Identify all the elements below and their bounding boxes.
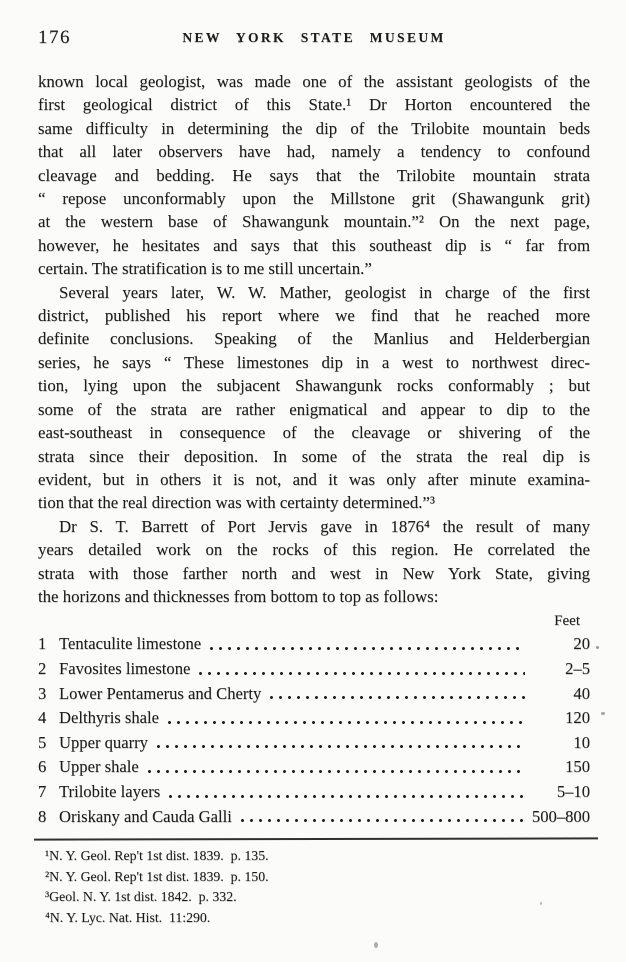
text-line: strata with those farther north and west… [38, 562, 590, 585]
dot-leader [169, 780, 525, 805]
table-row: 5Upper quarry10 [38, 731, 590, 756]
table-row: 6Upper shale150 [38, 755, 590, 780]
footnote-divider [34, 838, 598, 841]
scan-speck [540, 902, 542, 905]
row-value: 2–5 [532, 657, 590, 682]
text-line: definite conclusions. Speaking of the Ma… [38, 327, 590, 350]
text-line: that all later observers have had, namel… [38, 140, 590, 163]
text-line: first geological district of this State.… [38, 93, 590, 116]
row-number: 6 [38, 755, 59, 780]
scan-speck [596, 646, 599, 649]
table-row: 1Tentaculite limestone20 [38, 632, 590, 657]
table-rows: 1Tentaculite limestone202Favosites limes… [38, 632, 590, 829]
strata-table: Feet 1Tentaculite limestone202Favosites … [38, 611, 590, 829]
text-line: series, he says “ These limestones dip i… [38, 351, 590, 374]
scan-speck [374, 942, 378, 948]
text-line: cleavage and bedding. He says that the T… [38, 164, 590, 187]
page-header: 176 NEW YORK STATE MUSEUM [38, 27, 590, 49]
row-number: 1 [38, 632, 59, 657]
text-line: the horizons and thicknesses from bottom… [38, 585, 590, 608]
text-line: some of the strata are rather enigmatica… [38, 398, 590, 421]
footnote: ⁴N. Y. Lyc. Nat. Hist. 11:290. [45, 908, 590, 929]
text-line: Several years later, W. W. Mather, geolo… [38, 281, 590, 304]
row-value: 20 [532, 632, 590, 657]
paragraph: Several years later, W. W. Mather, geolo… [38, 281, 590, 515]
text-line: known local geologist, was made one of t… [38, 70, 590, 93]
row-label: Trilobite layers [59, 780, 160, 805]
row-label: Upper quarry [59, 731, 148, 756]
row-value: 120 [532, 706, 590, 731]
book-page: 176 NEW YORK STATE MUSEUM known local ge… [0, 0, 626, 962]
paragraph: known local geologist, was made one of t… [38, 70, 590, 281]
table-row: 4Delthyris shale120 [38, 706, 590, 731]
footnote: ¹N. Y. Geol. Rep't 1st dist. 1839. p. 13… [45, 846, 590, 867]
row-number: 8 [38, 805, 59, 830]
row-label: Lower Pentamerus and Cherty [59, 682, 261, 707]
scan-speck [238, 40, 241, 43]
table-row: 2Favosites limestone2–5 [38, 657, 590, 682]
dot-leader [168, 706, 525, 731]
text-line: years detailed work on the rocks of this… [38, 538, 590, 561]
dot-leader [199, 657, 525, 682]
footnotes: ¹N. Y. Geol. Rep't 1st dist. 1839. p. 13… [45, 846, 590, 928]
text-line: tion, lying upon the subjacent Shawangun… [38, 374, 590, 397]
body-text: known local geologist, was made one of t… [38, 70, 590, 608]
scan-speck [601, 712, 605, 715]
text-line: however, he hesitates and says that this… [38, 234, 590, 257]
table-row: 3Lower Pentamerus and Cherty40 [38, 682, 590, 707]
row-label: Upper shale [59, 755, 139, 780]
row-number: 5 [38, 731, 59, 756]
text-line: Dr S. T. Barrett of Port Jervis gave in … [38, 515, 590, 538]
dot-leader [270, 682, 525, 707]
text-line: district, published his report where we … [38, 304, 590, 327]
row-number: 4 [38, 706, 59, 731]
table-unit-header: Feet [38, 611, 590, 632]
row-value: 5–10 [532, 780, 590, 805]
table-row: 8Oriskany and Cauda Galli500–800 [38, 805, 590, 830]
dot-leader [210, 632, 525, 657]
row-value: 150 [532, 755, 590, 780]
row-label: Oriskany and Cauda Galli [59, 805, 232, 830]
text-line: evident, but in others it is not, and it… [38, 468, 590, 491]
row-label: Delthyris shale [59, 706, 159, 731]
text-line: same difficulty in determining the dip o… [38, 117, 590, 140]
text-line: strata since their deposition. In some o… [38, 445, 590, 468]
dot-leader [148, 755, 525, 780]
table-row: 7Trilobite layers5–10 [38, 780, 590, 805]
row-number: 2 [38, 657, 59, 682]
dot-leader [157, 731, 525, 756]
row-number: 7 [38, 780, 59, 805]
row-label: Favosites limestone [59, 657, 190, 682]
row-value: 10 [532, 731, 590, 756]
row-number: 3 [38, 682, 59, 707]
running-title: NEW YORK STATE MUSEUM [38, 30, 590, 46]
text-line: certain. The stratification is to me sti… [38, 257, 590, 280]
text-line: tion that the real direction was with ce… [38, 491, 590, 514]
footnote: ³Geol. N. Y. 1st dist. 1842. p. 332. [45, 887, 590, 908]
footnote: ²N. Y. Geol. Rep't 1st dist. 1839. p. 15… [45, 867, 590, 888]
row-value: 40 [532, 682, 590, 707]
text-line: east-southeast in consequence of the cle… [38, 421, 590, 444]
row-value: 500–800 [532, 805, 590, 830]
text-line: at the western base of Shawangunk mounta… [38, 210, 590, 233]
dot-leader [241, 805, 525, 830]
row-label: Tentaculite limestone [59, 632, 201, 657]
paragraph: Dr S. T. Barrett of Port Jervis gave in … [38, 515, 590, 609]
text-line: “ repose unconformably upon the Millston… [38, 187, 590, 210]
